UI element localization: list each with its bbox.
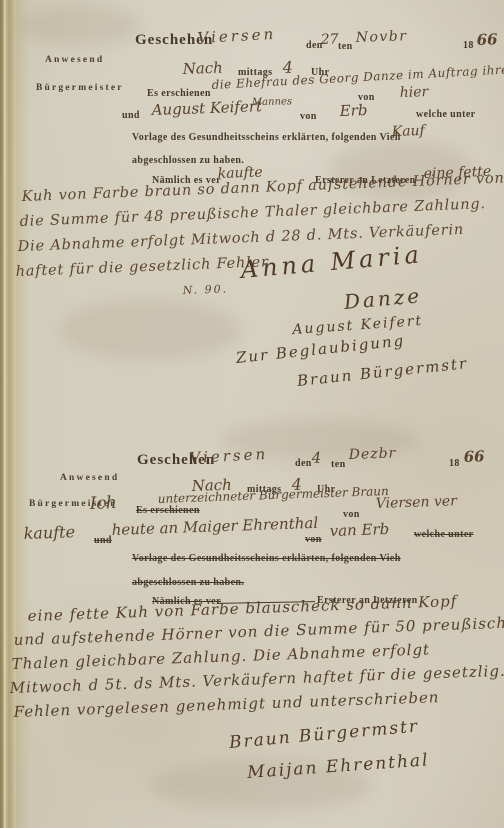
von-label-1b: von — [300, 111, 317, 122]
es-erschienen-label-1: Es erschienen — [147, 88, 211, 99]
ich-handwritten: Ich — [89, 493, 117, 514]
von-label-2a: von — [343, 509, 360, 520]
vorlage-label-1: Vorlage des Gesundheitsscheins erklärten… — [132, 132, 401, 143]
ink-bleed-smudge — [60, 300, 240, 360]
heute-handwritten: heute an Maiger Ehrenthal — [111, 514, 318, 539]
margin-label-buergermeister-1: Bürgermeister — [36, 83, 124, 93]
vieh-suffix-handwritten: Kauf — [391, 123, 425, 140]
place-handwritten-1: Viersen — [197, 25, 276, 47]
month-handwritten-1: Novbr — [355, 28, 407, 46]
vorlage-label-2-struck: Vorlage des Gesundheitsscheins erklärten… — [132, 553, 401, 564]
time-prefix-handwritten-1: Nach — [182, 59, 223, 78]
welche-unter-label-1: welche unter — [416, 109, 476, 120]
van-erb-handwritten: van Erb — [329, 520, 389, 540]
abgeschlossen-label-2-struck: abgeschlossen zu haben. — [132, 577, 244, 588]
year-prefix-label-1: 18 — [463, 40, 474, 51]
party2-handwritten: August Keifert — [151, 97, 262, 119]
signature-danze: Danze — [343, 283, 423, 314]
und-label-1: und — [122, 110, 140, 121]
place-party2-handwritten: Erb — [339, 101, 367, 120]
body-line: haftet für die gesetzlich Fehler — [15, 254, 269, 280]
year-handwritten-2: 66 — [463, 447, 484, 466]
day-handwritten-1: 27 — [320, 31, 338, 48]
margin-label-anwesend-1: Anwesend — [45, 55, 104, 65]
register-page: Anwesend Bürgermeister Geschehen Viersen… — [0, 0, 504, 828]
margin-label-anwesend-2: Anwesend — [60, 473, 119, 483]
margin-note-handwritten: N. 90. — [183, 282, 229, 297]
ten-label-1: ten — [338, 41, 353, 52]
place-party1-handwritten: hier — [399, 84, 428, 101]
signature-anna-maria: Anna Maria — [240, 240, 424, 284]
und-label-2-struck: und — [94, 535, 112, 546]
ten-label-2: ten — [331, 459, 346, 470]
welche-unter-label-2-struck: welche unter — [414, 529, 474, 540]
es-erschienen-label-2-struck: Es erschienen — [136, 505, 200, 516]
signature-braun-1: Braun Bürgermstr — [296, 354, 469, 390]
day-handwritten-2: 4 — [311, 449, 321, 467]
kaufte-handwritten: kaufte — [23, 522, 75, 543]
place-handwritten-2: Viersen — [189, 445, 268, 467]
den-label-2: den — [295, 458, 312, 469]
year-handwritten-1: 66 — [476, 30, 497, 49]
abgeschlossen-label-1: abgeschlossen zu haben. — [132, 155, 244, 166]
year-prefix-label-2: 18 — [449, 458, 460, 469]
ink-bleed-smudge — [20, 6, 140, 46]
attestation-handwritten-1: Zur Beglaubigung — [235, 331, 406, 367]
viersen-ver-handwritten: Viersen ver — [375, 493, 457, 512]
month-handwritten-2: Dezbr — [348, 445, 396, 463]
signature-braun-2: Braun Bürgermstr — [228, 716, 420, 753]
von-label-2b-struck: von — [305, 534, 322, 545]
